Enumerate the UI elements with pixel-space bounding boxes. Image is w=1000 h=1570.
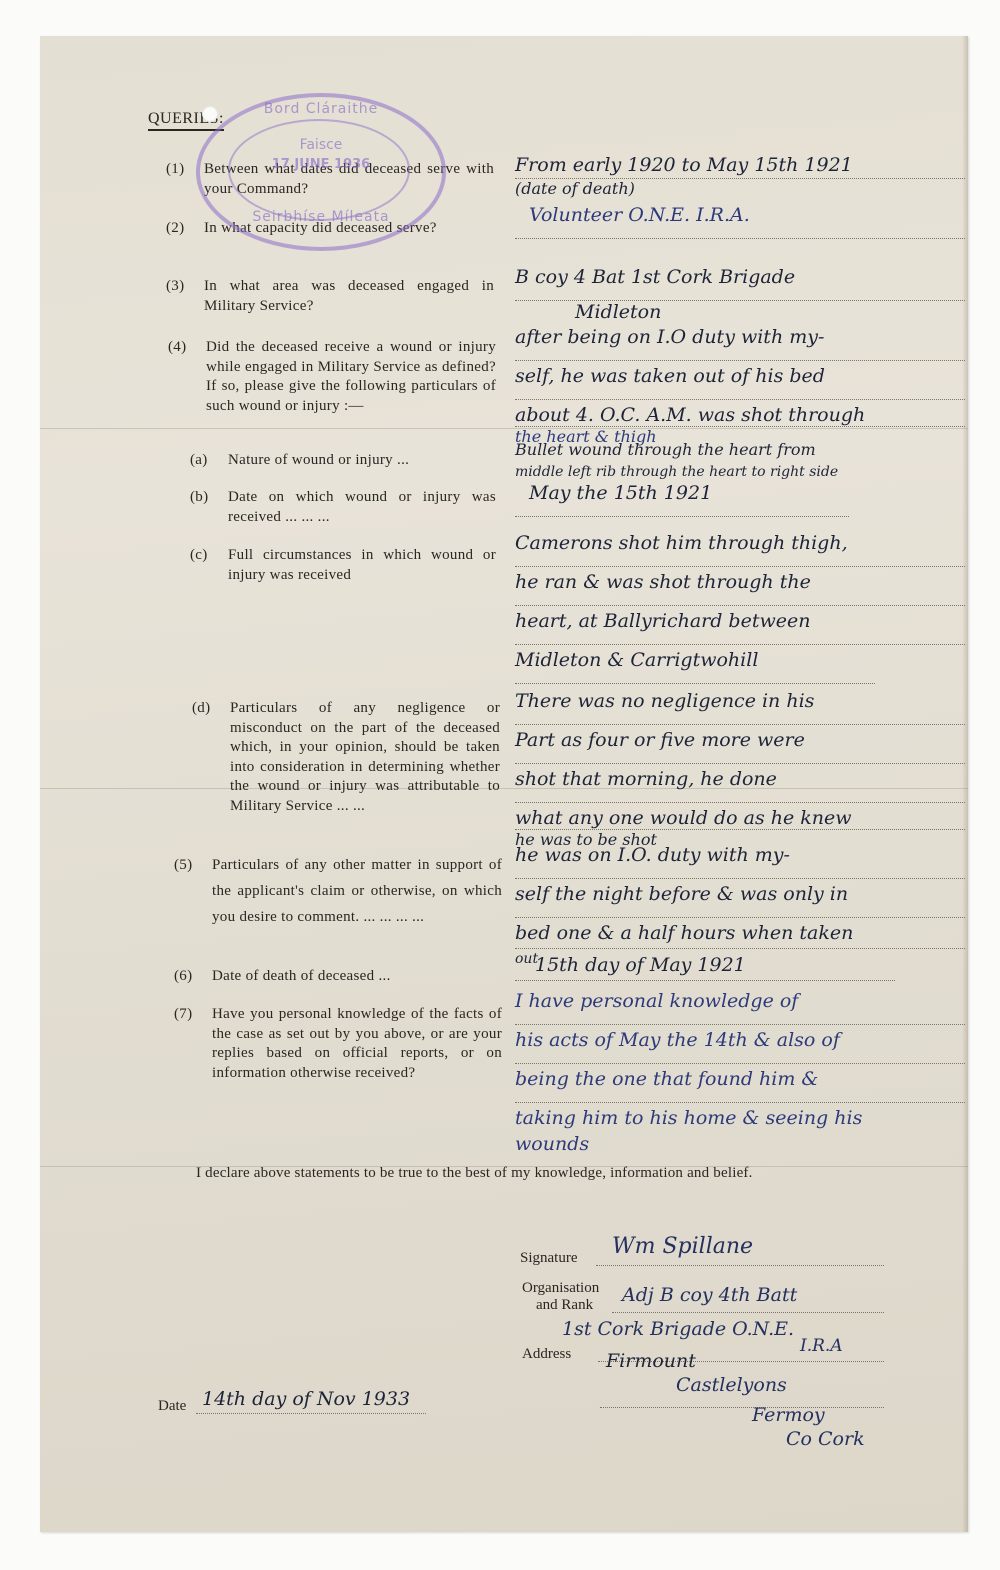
answer-line: (date of death) bbox=[515, 179, 965, 201]
answer-2: Volunteer O.N.E. I.R.A. bbox=[515, 200, 965, 239]
question-7: (7) Have you personal knowledge of the f… bbox=[212, 1005, 502, 1083]
answer-4c: Camerons shot him through thigh, he ran … bbox=[515, 528, 965, 684]
question-4a: (a) Nature of wound or injury ... bbox=[228, 451, 496, 471]
date-value: 14th day of Nov 1933 bbox=[202, 1388, 410, 1410]
answer-1: From early 1920 to May 15th 1921 (date o… bbox=[515, 150, 965, 201]
address-line-4: Co Cork bbox=[786, 1428, 865, 1450]
answer-4: after being on I.O duty with my- self, h… bbox=[515, 322, 965, 449]
answer-line: Camerons shot him through thigh, bbox=[515, 528, 965, 567]
signature-dots bbox=[596, 1264, 884, 1266]
rank-label: and Rank bbox=[536, 1297, 593, 1314]
address-line-2: Castlelyons bbox=[676, 1374, 787, 1396]
answer-7: I have personal knowledge of his acts of… bbox=[515, 986, 965, 1157]
answer-line: bed one & a half hours when taken bbox=[515, 918, 965, 949]
answer-line: I have personal knowledge of bbox=[515, 986, 965, 1025]
answer-line: being the one that found him & bbox=[515, 1064, 965, 1103]
address-label: Address bbox=[522, 1346, 571, 1363]
organisation-value-line2: 1st Cork Brigade O.N.E. bbox=[562, 1318, 794, 1340]
answer-line: May the 15th 1921 bbox=[515, 478, 849, 517]
answer-3: B coy 4 Bat 1st Cork Brigade Midleton bbox=[515, 262, 965, 325]
answer-line: wounds bbox=[515, 1133, 965, 1157]
answer-line: There was no negligence in his bbox=[515, 686, 965, 725]
organisation-dots bbox=[612, 1311, 884, 1313]
answer-line: self, he was taken out of his bed bbox=[515, 361, 965, 400]
answer-line: Midleton & Carrigtwohill bbox=[515, 645, 875, 684]
question-4b: (b) Date on which wound or injury was re… bbox=[228, 488, 496, 527]
question-6: (6) Date of death of deceased ... bbox=[212, 967, 502, 987]
organisation-label: Organisation bbox=[522, 1280, 599, 1297]
punch-hole bbox=[202, 106, 218, 122]
date-label: Date bbox=[158, 1398, 186, 1415]
signature-label: Signature bbox=[520, 1250, 578, 1267]
address-line-1: Firmount bbox=[606, 1350, 696, 1372]
answer-6: 15th day of May 1921 bbox=[515, 950, 965, 981]
declaration-text: I declare above statements to be true to… bbox=[158, 1162, 888, 1184]
answer-line: B coy 4 Bat 1st Cork Brigade bbox=[515, 262, 965, 301]
question-4: (4) Did the deceased receive a wound or … bbox=[206, 338, 496, 416]
organisation-value-line1: Adj B coy 4th Batt bbox=[622, 1284, 797, 1306]
signature-value: Wm Spillane bbox=[612, 1234, 753, 1259]
address-dots bbox=[600, 1406, 884, 1408]
answer-line: self the night before & was only in bbox=[515, 879, 965, 918]
answer-line: Volunteer O.N.E. I.R.A. bbox=[515, 200, 965, 239]
question-4d: (d) Particulars of any negligence or mis… bbox=[230, 699, 500, 816]
question-3: (3) In what area was deceased engaged in… bbox=[204, 277, 494, 316]
answer-line: 15th day of May 1921 bbox=[515, 950, 895, 981]
answer-line: Part as four or five more were bbox=[515, 725, 965, 764]
answer-line: heart, at Ballyrichard between bbox=[515, 606, 965, 645]
answer-4d: There was no negligence in his Part as f… bbox=[515, 686, 965, 852]
answer-line: his acts of May the 14th & also of bbox=[515, 1025, 965, 1064]
answer-line: Bullet wound through the heart from bbox=[515, 440, 965, 462]
answer-line: after being on I.O duty with my- bbox=[515, 322, 965, 361]
answer-line: he ran & was shot through the bbox=[515, 567, 965, 606]
answer-line: what any one would do as he knew bbox=[515, 803, 965, 830]
date-dots bbox=[196, 1412, 426, 1414]
question-4c: (c) Full circumstances in which wound or… bbox=[228, 546, 496, 585]
organisation-value-line3: I.R.A bbox=[800, 1336, 843, 1356]
answer-line: taking him to his home & seeing his bbox=[515, 1103, 965, 1133]
answer-line: about 4. O.C. A.M. was shot through bbox=[515, 400, 965, 427]
answer-4b: May the 15th 1921 bbox=[515, 478, 965, 517]
answer-line: he was on I.O. duty with my- bbox=[515, 840, 965, 879]
question-2: (2) In what capacity did deceased serve? bbox=[204, 219, 494, 239]
question-5: (5) Particulars of any other matter in s… bbox=[212, 852, 502, 930]
answer-line: From early 1920 to May 15th 1921 bbox=[515, 150, 965, 179]
question-1: (1) Between what dates did deceased serv… bbox=[204, 160, 494, 199]
answer-line: shot that morning, he done bbox=[515, 764, 965, 803]
address-line-3: Fermoy bbox=[752, 1404, 825, 1426]
